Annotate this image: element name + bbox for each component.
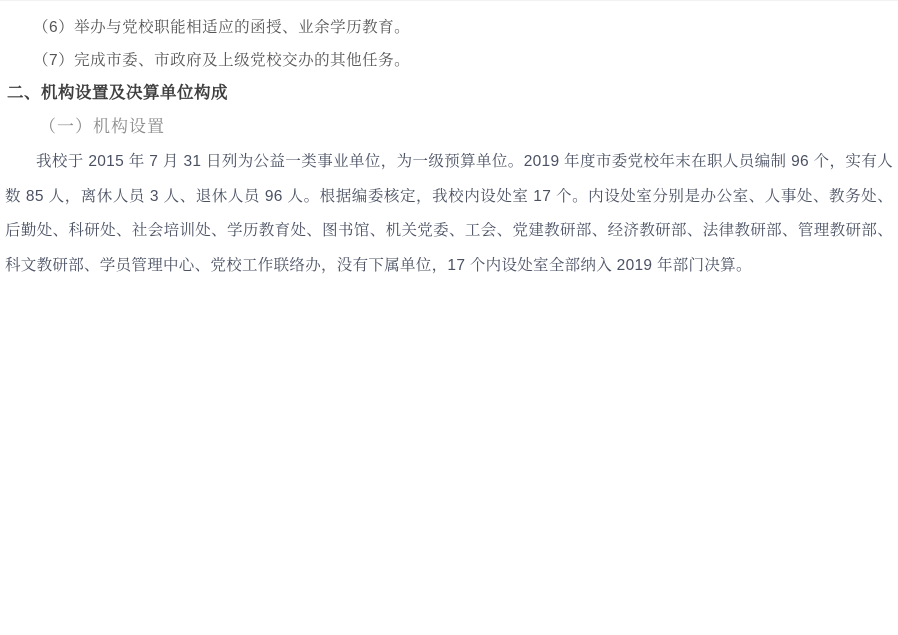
duty-item-6: （6）举办与党校职能相适应的函授、业余学历教育。 — [33, 11, 893, 44]
duty-item-7: （7）完成市委、市政府及上级党校交办的其他任务。 — [33, 44, 893, 77]
sub-heading-organization-setup: （一）机构设置 — [39, 110, 893, 143]
document-page: （6）举办与党校职能相适应的函授、业余学历教育。 （7）完成市委、市政府及上级党… — [0, 0, 898, 635]
section-heading-organization: 二、机构设置及决算单位构成 — [7, 77, 893, 110]
organization-setup-paragraph: 我校于 2015 年 7 月 31 日列为公益一类事业单位，为一级预算单位。20… — [5, 145, 893, 283]
